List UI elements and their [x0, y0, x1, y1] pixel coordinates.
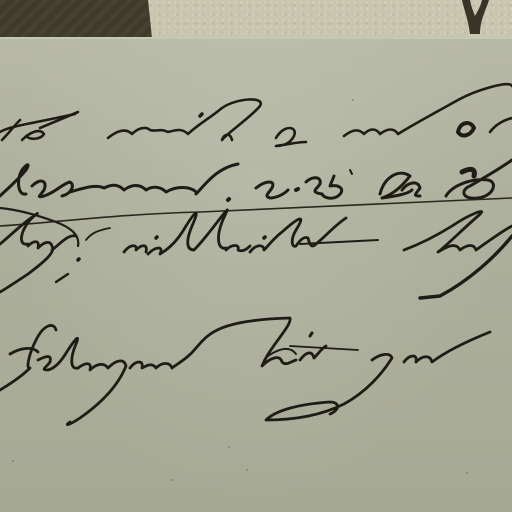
paper-sheet [0, 37, 512, 512]
text-line-4: Gelegenheit zu [0, 345, 150, 364]
chain-icon [458, 0, 492, 36]
text-line-2: …lzsamml. n. 25 & 26 [0, 175, 219, 194]
document-photo: …tet noch 2 unbe… …lzsamml. n. 25 & 26 …… [0, 0, 512, 512]
text-line-3: …bey, vielleicht laß… [0, 235, 215, 254]
leather-object [0, 0, 152, 38]
text-line-1: …tet noch 2 unbe… [0, 110, 193, 129]
